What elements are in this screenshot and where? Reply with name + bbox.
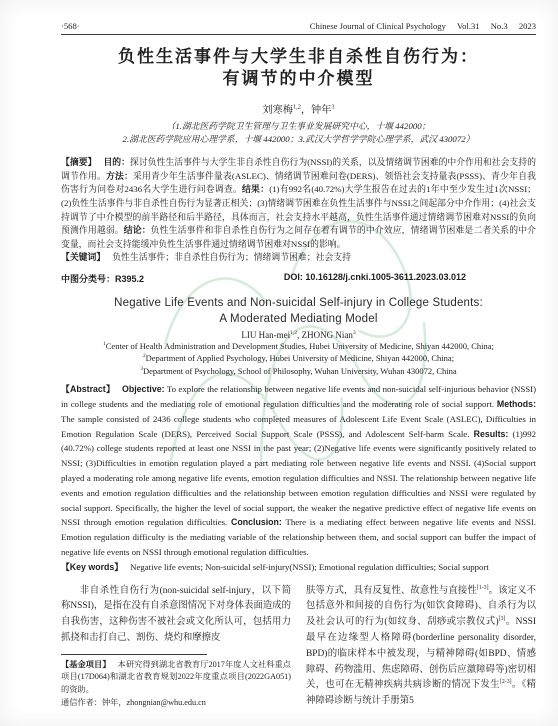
- keywords-cn-label: 【关键词】: [61, 252, 105, 262]
- paper-page: ·568· Chinese Journal of Clinical Psycho…: [0, 0, 558, 726]
- body-right-s1: 肤等方式，具有反复性、故意性与直接性: [306, 586, 477, 596]
- abstract-cn-label: 【摘要】: [61, 157, 96, 167]
- keywords-cn-text: 负性生活事件；非自杀性自伤行为；情绪调节困难；社会支持: [112, 252, 351, 262]
- methods-en-label: Methods:: [497, 399, 536, 409]
- body-right-column: 肤等方式，具有反复性、故意性与直接性[1-3]。该定义不包括意外和间接的自伤行为…: [306, 584, 536, 710]
- author-en-2: ZHONG Nian: [302, 330, 353, 340]
- affiliation-en-3-text: Department of Psychology, School of Phil…: [143, 366, 457, 376]
- affiliation-cn: （1.湖北医药学院卫生管理与卫生事业发展研究中心，十堰 442000； 2.湖北…: [61, 120, 536, 145]
- citation-ref-3: [2-3]: [500, 679, 512, 685]
- results-cn-label: 结果：: [242, 184, 269, 194]
- clc-label: 中图分类号：: [61, 274, 115, 284]
- authors-cn: 刘寒梅1,2，钟年3: [61, 101, 536, 116]
- author-cn-2: 钟年: [311, 105, 331, 116]
- affiliation-en-2-text: Department of Applied Psychology, Hubei …: [146, 353, 454, 363]
- page-header: ·568· Chinese Journal of Clinical Psycho…: [61, 21, 536, 31]
- body-left-paragraph: 非自杀性自伤行为(non-suicidal self-injury，以下简称NS…: [61, 584, 291, 647]
- fund-label: 【基金项目】: [61, 660, 111, 669]
- author-cn-2-sup: 3: [331, 104, 334, 111]
- body-left-column: 非自杀性自伤行为(non-suicidal self-injury，以下简称NS…: [61, 584, 291, 710]
- objective-cn-label: 目的：: [103, 157, 130, 167]
- keywords-en: 【Key words】Negative life events; Non-sui…: [61, 560, 536, 575]
- body-right-paragraph: 肤等方式，具有反复性、故意性与直接性[1-3]。该定义不包括意外和间接的自伤行为…: [306, 584, 536, 710]
- author-separator: ，: [301, 105, 311, 116]
- page-content: ·568· Chinese Journal of Clinical Psycho…: [61, 0, 536, 710]
- affiliation-en-1-text: Center of Health Administration and Deve…: [106, 341, 494, 351]
- abstract-en-label: 【Abstract】: [61, 384, 115, 394]
- paper-title-cn: 负性生活事件与大学生非自杀性自伤行为： 有调节的中介模型: [61, 46, 536, 89]
- author-en-2-sup: 3: [353, 330, 356, 336]
- paper-title-cn-line1: 负性生活事件与大学生非自杀性自伤行为：: [61, 46, 536, 68]
- fund-note: 【基金项目】本研究得到湖北省教育厅2017年度人文社科重点项目(17D064)和…: [61, 659, 291, 697]
- paper-title-en: Negative Life Events and Non-suicidal Se…: [61, 295, 536, 328]
- affiliation-en: 1Center of Health Administration and Dev…: [61, 340, 536, 377]
- doi: DOI: 10.16128/j.cnki.1005-3611.2023.03.0…: [284, 272, 466, 285]
- author-cn-1-sup: 1,2: [293, 104, 301, 111]
- journal-issue: No.3: [491, 21, 508, 31]
- citation-ref-1: [1-3]: [477, 584, 489, 590]
- body-columns: 非自杀性自伤行为(non-suicidal self-injury，以下简称NS…: [61, 584, 536, 710]
- affiliation-en-line1: 1Center of Health Administration and Dev…: [61, 340, 536, 352]
- journal-year: 2023: [519, 21, 536, 31]
- affiliation-cn-line1: （1.湖北医药学院卫生管理与卫生事业发展研究中心，十堰 442000；: [61, 120, 536, 133]
- keywords-cn: 【关键词】负性生活事件；非自杀性自伤行为；情绪调节困难；社会支持: [61, 251, 536, 265]
- author-cn-1: 刘寒梅: [262, 105, 293, 116]
- affiliation-en-line2: 2Department of Applied Psychology, Hubei…: [61, 352, 536, 364]
- footnote: 【基金项目】本研究得到湖北省教育厅2017年度人文社科重点项目(17D064)和…: [61, 654, 291, 710]
- results-en-label: Results:: [474, 429, 509, 439]
- affiliation-cn-line2: 2.湖北医药学院应用心理学系，十堰 442000；3.武汉大学哲学学院心理学系，…: [61, 133, 536, 146]
- corresponding-author: 通信作者：钟年，zhongnian@whu.edu.cn: [61, 697, 291, 710]
- methods-en-text: The sample consisted of 2436 college stu…: [61, 414, 536, 439]
- author-en-1: LIU Han-mei: [241, 330, 290, 340]
- methods-cn-label: 方法：: [106, 171, 133, 181]
- results-en-text: (1)992 (40.72%) college students reporte…: [61, 429, 536, 528]
- header-rule: [61, 34, 536, 35]
- paper-title-en-line2: A Moderated Mediating Model: [61, 311, 536, 328]
- journal-volume: Vol.31: [457, 21, 480, 31]
- journal-name: Chinese Journal of Clinical Psychology: [310, 21, 446, 31]
- keywords-en-label: 【Key words】: [61, 562, 123, 572]
- conclusion-cn-label: 结论：: [124, 225, 151, 235]
- authors-en: LIU Han-mei1,2, ZHONG Nian3: [61, 330, 536, 340]
- objective-en-label: Objective:: [122, 384, 165, 394]
- clc-number: 中图分类号：R395.2: [61, 272, 144, 285]
- paper-title-en-line1: Negative Life Events and Non-suicidal Se…: [61, 295, 536, 312]
- page-number: ·568·: [61, 21, 80, 31]
- clc-value: R395.2: [115, 274, 144, 284]
- affiliation-en-line3: 3Department of Psychology, School of Phi…: [61, 365, 536, 377]
- paper-title-cn-line2: 有调节的中介模型: [61, 68, 536, 90]
- conclusion-en-label: Conclusion:: [231, 517, 282, 527]
- keywords-en-text: Negative life events; Non-suicidal self-…: [130, 562, 489, 572]
- footnote-rule: [61, 654, 207, 655]
- journal-line: Chinese Journal of Clinical Psychology V…: [301, 21, 536, 31]
- meta-row: 中图分类号：R395.2 DOI: 10.16128/j.cnki.1005-3…: [61, 272, 536, 285]
- abstract-en: 【Abstract】Objective: To explore the rela…: [61, 382, 536, 560]
- abstract-cn: 【摘要】目的：探讨负性生活事件与大学生非自杀性自伤行为(NSSI)的关系，以及情…: [61, 156, 536, 251]
